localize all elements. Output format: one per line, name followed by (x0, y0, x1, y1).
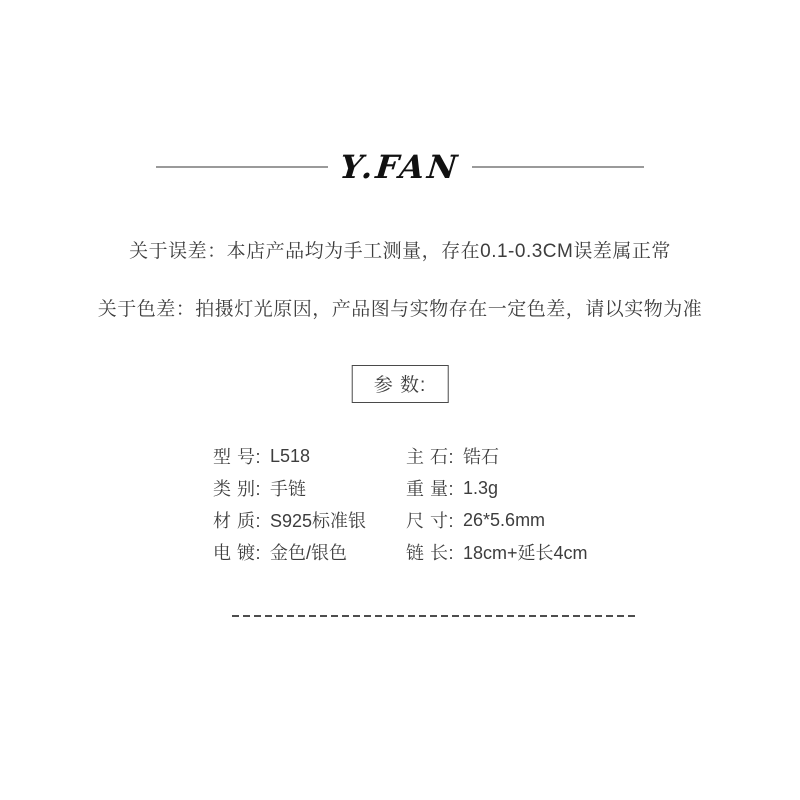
spec-size-value: 26*5.6mm (463, 510, 545, 531)
spec-row-category-weight: 类 别: 手链 重 量: 1.3g (213, 472, 588, 504)
brand-divider-left (156, 166, 328, 168)
spec-category-label: 类 别: (213, 475, 261, 501)
spec-weight-value: 1.3g (463, 478, 498, 499)
spec-size-label: 尺 寸: (406, 507, 454, 533)
spec-main-stone-value: 锆石 (463, 443, 499, 469)
spec-model-label: 型 号: (213, 443, 261, 469)
spec-model-value: L518 (270, 446, 310, 467)
spec-chain-length: 链 长: 18cm+延长4cm (406, 539, 588, 565)
spec-size: 尺 寸: 26*5.6mm (406, 507, 545, 533)
brand-header: Y.FAN (156, 148, 644, 186)
product-spec-sheet: Y.FAN 关于误差：本店产品均为手工测量，存在0.1-0.3CM误差属正常 关… (0, 0, 800, 800)
note-measurement-error: 关于误差：本店产品均为手工测量，存在0.1-0.3CM误差属正常 (0, 236, 800, 263)
spec-row-model-stone: 型 号: L518 主 石: 锆石 (213, 440, 588, 472)
spec-model: 型 号: L518 (213, 443, 406, 469)
spec-main-stone: 主 石: 锆石 (406, 443, 499, 469)
spec-category-value: 手链 (270, 475, 306, 501)
spec-chain-length-value: 18cm+延长4cm (463, 539, 588, 565)
spec-main-stone-label: 主 石: (406, 443, 454, 469)
spec-weight: 重 量: 1.3g (406, 475, 498, 501)
brand-divider-right (472, 166, 644, 168)
brand-logo: Y.FAN (338, 148, 462, 186)
spec-row-material-size: 材 质: S925标准银 尺 寸: 26*5.6mm (213, 504, 588, 536)
params-title-box: 参 数: (352, 365, 449, 403)
spec-material-label: 材 质: (213, 507, 261, 533)
spec-chain-length-label: 链 长: (406, 539, 454, 565)
note-color-difference: 关于色差：拍摄灯光原因，产品图与实物存在一定色差，请以实物为准 (0, 294, 800, 321)
spec-plating-label: 电 镀: (213, 539, 261, 565)
spec-row-plating-chainlength: 电 镀: 金色/银色 链 长: 18cm+延长4cm (213, 536, 588, 568)
spec-plating-value: 金色/银色 (270, 539, 347, 565)
spec-weight-label: 重 量: (406, 475, 454, 501)
params-title: 参 数: (374, 375, 427, 396)
specs-table: 型 号: L518 主 石: 锆石 类 别: 手链 重 量: 1.3g 材 质:… (213, 440, 588, 568)
dashed-divider (232, 615, 636, 617)
spec-plating: 电 镀: 金色/银色 (213, 539, 406, 565)
spec-category: 类 别: 手链 (213, 475, 406, 501)
spec-material: 材 质: S925标准银 (213, 507, 406, 533)
spec-material-value: S925标准银 (270, 507, 366, 533)
